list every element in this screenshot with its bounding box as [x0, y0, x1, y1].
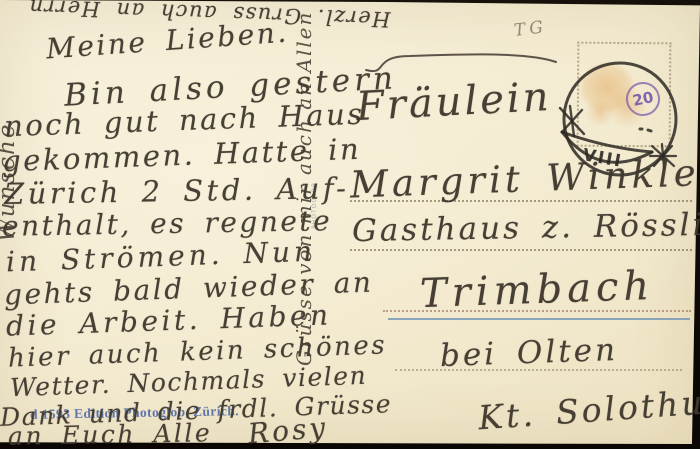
postmark-dots [640, 129, 651, 131]
address-line: Margrit Winkler [349, 154, 700, 204]
rate-stamp-value: 20 [631, 88, 655, 110]
pen-flourish [358, 50, 563, 78]
address-line: bei Olten [440, 335, 619, 372]
message-line: an Euch Alle [8, 420, 213, 449]
address-guide-line [350, 249, 692, 251]
address-line: Fräulein [355, 77, 552, 127]
pencil-note: TG [513, 17, 548, 41]
address-line: Trimbach [419, 266, 654, 314]
message-divider-line: Grüsse von mir auch an Allen [292, 104, 316, 366]
address-line: Gasthaus z. Rössli [352, 210, 700, 247]
trimbach-underline [388, 318, 690, 320]
scanned-postcard: Herzl. Gruss auch an Herrn Wünsche Meine… [0, 0, 700, 449]
signature: Rosy [247, 414, 329, 449]
